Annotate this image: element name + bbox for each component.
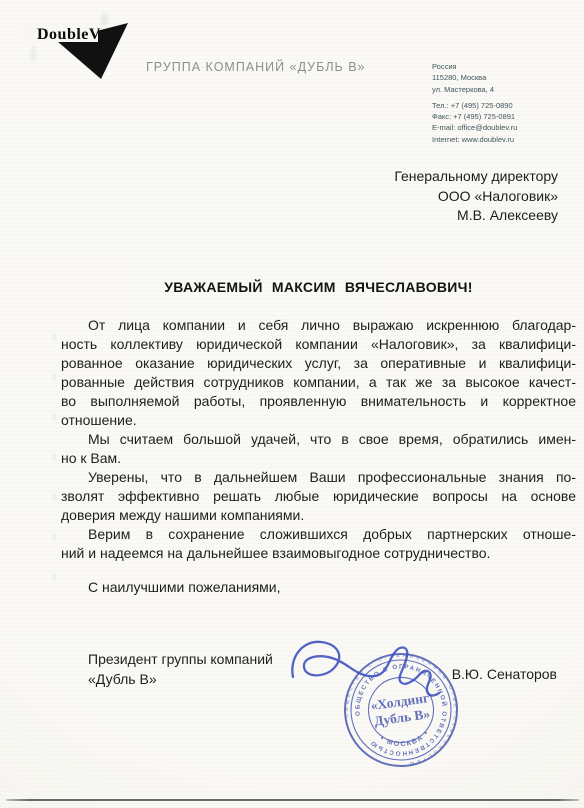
signer-title: Президент группы компаний «Дубль В»: [88, 650, 273, 689]
scan-smudge: [30, 46, 36, 62]
address-line: 115280, Москва: [432, 72, 572, 83]
signer-title-line: «Дубль В»: [88, 670, 273, 690]
recipient-line: Генеральному директору: [394, 167, 558, 187]
body-line: рованные действия сотрудников компании, …: [61, 373, 576, 392]
closing-line: С наилучшими пожеланиями,: [88, 579, 281, 595]
letter-body: От лица компании и себя лично выражаю ис…: [61, 316, 576, 563]
logo-text: DoubleV: [37, 26, 101, 44]
body-line: отношение.: [61, 411, 576, 430]
signature: [285, 633, 455, 713]
company-group-line: ГРУППА КОМПАНИЙ «ДУБЛЬ В»: [146, 60, 366, 74]
signer-title-line: Президент группы компаний: [88, 650, 273, 670]
recipient-line: М.В. Алексееву: [394, 206, 558, 226]
body-line: Уверены, что в дальнейшем Ваши профессио…: [61, 468, 576, 487]
email-line: E-mail: office@doublev.ru: [432, 122, 572, 133]
recipient-block: Генеральному директору ООО «Налоговик» М…: [394, 167, 558, 226]
body-line: зволят эффективно решать любые юридическ…: [61, 487, 576, 506]
address-line: Россия: [432, 61, 572, 72]
fax-line: Факс: +7 (495) 725-0891: [432, 111, 572, 122]
company-logo: DoubleV: [20, 15, 140, 85]
body-line: ний и надеемся на дальнейшее взаимовыгод…: [61, 544, 576, 563]
body-line: От лица компании и себя лично выражаю ис…: [61, 316, 576, 335]
body-line: ность коллективу юридической компании «Н…: [61, 335, 576, 354]
website-line: Internet: www.doublev.ru: [432, 134, 572, 145]
greeting-heading: УВАЖАЕМЫЙ МАКСИМ ВЯЧЕСЛАВОВИЧ!: [61, 279, 576, 295]
scan-bottom-edge: [6, 799, 579, 801]
phone-line: Тел.: +7 (495) 725-0890: [432, 100, 572, 111]
body-line: Верим в сохранение сложившихся добрых па…: [61, 525, 576, 544]
body-line: Мы считаем большой удачей, что в свое вр…: [61, 430, 576, 449]
body-line: во выполняемой работы, проявленную внима…: [61, 392, 576, 411]
address-line: ул. Мастеркова, 4: [432, 84, 572, 95]
body-line: но к Вам.: [61, 449, 576, 468]
scan-smudge: [101, 13, 108, 26]
scan-edge-marks: [53, 300, 56, 580]
letterhead-contacts: Россия 115280, Москва ул. Мастеркова, 4 …: [432, 61, 572, 145]
letter-page: DoubleV ГРУППА КОМПАНИЙ «ДУБЛЬ В» Россия…: [0, 0, 584, 808]
body-line: доверия между нашими компаниями.: [61, 506, 576, 525]
body-line: рованное оказание юридических услуг, за …: [61, 354, 576, 373]
recipient-line: ООО «Налоговик»: [394, 187, 558, 207]
